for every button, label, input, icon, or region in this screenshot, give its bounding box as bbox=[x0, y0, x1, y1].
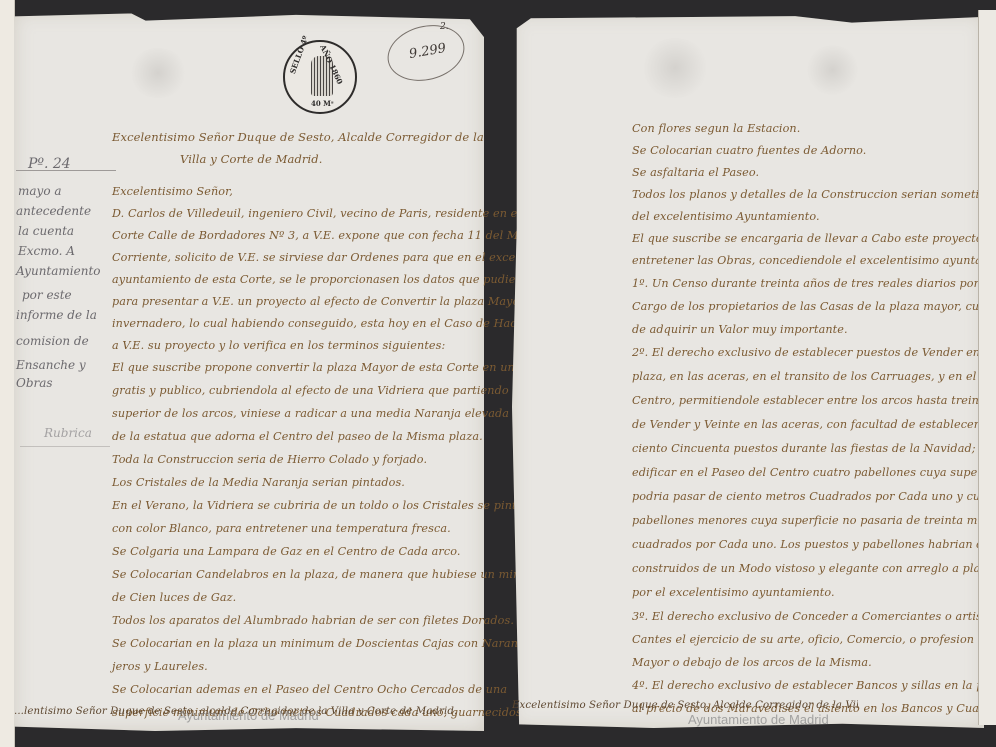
previous-page-edge bbox=[0, 0, 15, 747]
body-line: 1º. Un Censo durante treinta años de tre… bbox=[632, 277, 978, 290]
margin-note: comision de bbox=[16, 334, 89, 348]
body-line: En el Verano, la Vidriera se cubriria de… bbox=[112, 499, 547, 512]
body-line: Se Colocarian en la plaza un minimum de … bbox=[112, 637, 522, 650]
next-page-edge bbox=[978, 10, 996, 725]
body-line: de la estatua que adorna el Centro del p… bbox=[112, 430, 483, 443]
ink-bleed-mark bbox=[805, 45, 860, 95]
body-line: edificar en el Paseo del Centro cuatro p… bbox=[632, 466, 978, 479]
body-line: a V.E. su proyecto y lo verifica en los … bbox=[112, 339, 445, 352]
folio-top-mark: 2. bbox=[440, 22, 449, 32]
body-line: 2º. El derecho exclusivo de establecer p… bbox=[632, 346, 978, 359]
body-line: ciento Cincuenta puestos durante las fie… bbox=[632, 442, 978, 455]
body-line: del excelentisimo Ayuntamiento. bbox=[632, 210, 820, 223]
body-line: construidos de un Modo vistoso y elegant… bbox=[632, 562, 978, 575]
margin-rule bbox=[20, 446, 110, 447]
body-line: Se Colocarian ademas en el Paseo del Cen… bbox=[112, 683, 507, 696]
margin-note: por este bbox=[22, 288, 72, 302]
body-line: invernadero, lo cual habiendo conseguido… bbox=[112, 317, 583, 330]
body-line: ayuntamiento de esta Corte, se le propor… bbox=[112, 273, 585, 286]
body-line: Corte Calle de Bordadores Nº 3, a V.E. e… bbox=[112, 229, 531, 242]
margin-note: informe de la bbox=[16, 308, 97, 322]
body-line: Se asfaltaria el Paseo. bbox=[632, 166, 759, 179]
body-line: 3º. El derecho exclusivo de Conceder a C… bbox=[632, 610, 978, 623]
watermark-left: Ayuntamiento de Madrid bbox=[178, 708, 319, 723]
body-line: de Cien luces de Gaz. bbox=[112, 591, 236, 604]
body-line: Se Colgaria una Lampara de Gaz en el Cen… bbox=[112, 545, 461, 558]
margin-note: mayo a bbox=[18, 184, 62, 198]
body-line: D. Carlos de Villedeuil, ingeniero Civil… bbox=[112, 207, 535, 220]
body-line: Todos los aparatos del Alumbrado habrian… bbox=[112, 614, 514, 627]
body-line: de adquirir un Valor muy importante. bbox=[632, 323, 848, 336]
watermark-right: Ayuntamiento de Madrid bbox=[688, 712, 829, 727]
body-line: 4º. El derecho exclusivo de establecer B… bbox=[632, 679, 978, 692]
body-line: Corriente, solicito de V.E. se sirviese … bbox=[112, 251, 568, 264]
body-line: superior de los arcos, viniese a radicar… bbox=[112, 407, 554, 420]
body-line: Centro, permitiendole establecer entre l… bbox=[632, 394, 978, 407]
ink-bleed-mark bbox=[640, 38, 710, 98]
body-line: Excelentisimo Señor, bbox=[112, 185, 233, 198]
margin-note: Ayuntamiento bbox=[16, 264, 101, 278]
body-line: jeros y Laureles. bbox=[112, 660, 208, 673]
ink-bleed-mark bbox=[128, 48, 188, 98]
tax-stamp: SELLO 4º AÑO 1860 40 Mˢ bbox=[283, 40, 357, 114]
body-line: entretener las Obras, concediendole el e… bbox=[632, 254, 978, 267]
body-line: Cargo de los propietarios de las Casas d… bbox=[632, 300, 978, 313]
body-line: plaza, en las aceras, en el transito de … bbox=[632, 370, 978, 383]
body-line: gratis y publico, cubriendola al efecto … bbox=[112, 384, 575, 397]
body-line: pabellones menores cuya superficie no pa… bbox=[632, 514, 978, 527]
body-line: podria pasar de ciento metros Cuadrados … bbox=[632, 490, 978, 503]
body-line: Toda la Construccion seria de Hierro Col… bbox=[112, 453, 427, 466]
body-line: Mayor o debajo de los arcos de la Misma. bbox=[632, 656, 872, 669]
margin-signature: Rubrica bbox=[44, 426, 92, 440]
body-line: Se Colocarian Candelabros en la plaza, d… bbox=[112, 568, 553, 581]
body-line: Los Cristales de la Media Naranja serian… bbox=[112, 476, 405, 489]
body-line: Cantes el ejercicio de su arte, oficio, … bbox=[632, 633, 978, 646]
heading-line: Excelentisimo Señor Duque de Sesto, Alca… bbox=[112, 130, 484, 144]
margin-rule bbox=[16, 170, 116, 171]
body-line: cuadrados por Cada uno. Los puestos y pa… bbox=[632, 538, 978, 551]
body-line: para presentar a V.E. un proyecto al efe… bbox=[112, 295, 561, 308]
body-line: Con flores segun la Estacion. bbox=[632, 122, 800, 135]
margin-note: antecedente bbox=[16, 204, 91, 218]
body-line: Todos los planos y detalles de la Constr… bbox=[632, 188, 978, 201]
margin-note: Obras bbox=[16, 376, 53, 390]
margin-note: Excmo. A bbox=[18, 244, 75, 258]
manuscript-spread: SELLO 4º AÑO 1860 40 Mˢ 2. 9.299 Excelen… bbox=[0, 0, 996, 747]
body-line: de Vender y Veinte en las aceras, con fa… bbox=[632, 418, 978, 431]
body-line: con color Blanco, para entretener una te… bbox=[112, 522, 451, 535]
body-line: El que suscribe se encargaria de llevar … bbox=[632, 232, 978, 245]
margin-note: Ensanche y bbox=[16, 358, 86, 372]
body-line: por el excelentisimo ayuntamiento. bbox=[632, 586, 835, 599]
margin-note: la cuenta bbox=[18, 224, 74, 238]
stamp-value: 40 Mˢ bbox=[311, 99, 334, 108]
footer-line: Excelentisimo Señor Duque de Sesto, Alca… bbox=[512, 700, 858, 711]
heading-line: Villa y Corte de Madrid. bbox=[180, 152, 323, 166]
body-line: Se Colocarian cuatro fuentes de Adorno. bbox=[632, 144, 866, 157]
